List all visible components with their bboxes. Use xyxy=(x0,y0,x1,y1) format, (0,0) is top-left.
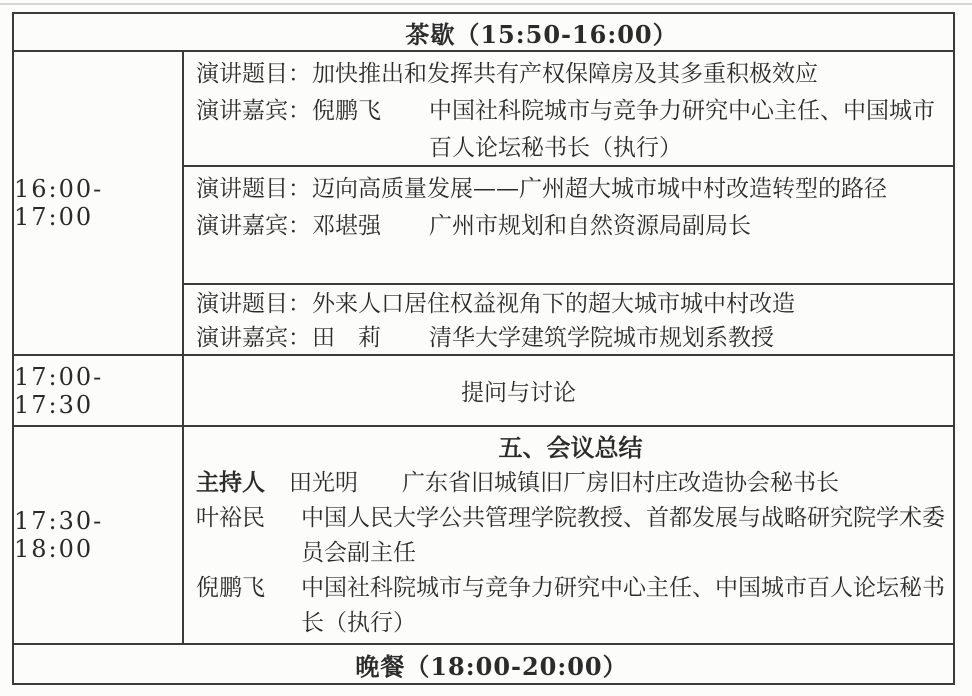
host-name: 田光明 xyxy=(289,470,358,496)
speech-title: 迈向高质量发展——广州超大城市城中村改造转型的路径 xyxy=(312,171,945,208)
speech-title-label: 演讲题目： xyxy=(196,171,312,208)
speech-speaker-label: 演讲嘉宾： xyxy=(196,93,312,167)
speech-speaker-line: 演讲嘉宾： 田 莉 清华大学建筑学院城市规划系教授 xyxy=(196,321,945,354)
tea-break-row: 茶歇（15:50-16:00） xyxy=(14,14,953,52)
schedule-table: 茶歇（15:50-16:00） 16:00-17:00 演讲题目： 加快推出和发… xyxy=(12,12,955,685)
session-row-3: 演讲题目： 外来人口居住权益视角下的超大城市城中村改造 演讲嘉宾： 田 莉 清华… xyxy=(184,285,953,354)
session-row-2: 演讲题目： 迈向高质量发展——广州超大城市城中村改造转型的路径 演讲嘉宾： 邓堪… xyxy=(184,167,953,285)
speaker-affiliation: 广州市规划和自然资源局副局长 xyxy=(429,208,945,245)
summary-speaker-2: 倪鹏飞 中国社科院城市与竞争力研究中心主任、中国城市百人论坛秘书长（执行） xyxy=(196,571,945,641)
speaker-affiliation: 中国社科院城市与竞争力研究中心主任、中国城市百人论坛秘书长（执行） xyxy=(301,571,945,641)
speech-title-label: 演讲题目： xyxy=(196,287,312,321)
time-label: 16:00-17:00 xyxy=(14,175,182,231)
speaker-affiliation: 中国社科院城市与竞争力研究中心主任、中国城市百人论坛秘书长（执行） xyxy=(429,93,945,167)
dinner-label: 晚餐（18:00-20:00） xyxy=(355,647,627,682)
speech-speaker-line: 演讲嘉宾： 倪鹏飞 中国社科院城市与竞争力研究中心主任、中国城市百人论坛秘书长（… xyxy=(196,93,945,167)
speaker-name: 叶裕民 xyxy=(196,501,301,571)
session-row-1: 演讲题目： 加快推出和发挥共有产权保障房及其多重积极效应 演讲嘉宾： 倪鹏飞 中… xyxy=(184,52,953,167)
speech-block-row: 16:00-17:00 演讲题目： 加快推出和发挥共有产权保障房及其多重积极效应… xyxy=(14,52,953,356)
time-label: 17:30-18:00 xyxy=(14,507,182,563)
time-cell-1730-1800: 17:30-18:00 xyxy=(14,427,184,643)
summary-row: 17:30-18:00 五、会议总结 主持人田光明广东省旧城镇旧厂房旧村庄改造协… xyxy=(14,427,953,645)
speaker-name: 邓堪强 xyxy=(312,208,429,245)
speaker-affiliation: 中国人民大学公共管理学院教授、首都发展与战略研究院学术委员会副主任 xyxy=(301,501,945,571)
speaker-name: 倪鹏飞 xyxy=(312,93,429,167)
discussion-label: 提问与讨论 xyxy=(461,374,576,407)
speaker-name: 倪鹏飞 xyxy=(196,571,301,641)
speech-title-line: 演讲题目： 外来人口居住权益视角下的超大城市城中村改造 xyxy=(196,287,945,321)
sessions-cell: 演讲题目： 加快推出和发挥共有产权保障房及其多重积极效应 演讲嘉宾： 倪鹏飞 中… xyxy=(184,52,953,354)
time-cell-1600-1700: 16:00-17:00 xyxy=(14,52,184,354)
speech-title-label: 演讲题目： xyxy=(196,56,312,93)
discussion-row: 17:00-17:30 提问与讨论 xyxy=(14,356,953,427)
tea-break-label: 茶歇（15:50-16:00） xyxy=(405,15,677,50)
speech-title: 外来人口居住权益视角下的超大城市城中村改造 xyxy=(312,287,945,321)
speaker-affiliation: 清华大学建筑学院城市规划系教授 xyxy=(429,321,945,354)
host-line: 主持人田光明广东省旧城镇旧厂房旧村庄改造协会秘书长 xyxy=(196,465,945,501)
speech-title-line: 演讲题目： 加快推出和发挥共有产权保障房及其多重积极效应 xyxy=(196,56,945,93)
dinner-row: 晚餐（18:00-20:00） xyxy=(14,645,953,683)
scanned-schedule-page: 茶歇（15:50-16:00） 16:00-17:00 演讲题目： 加快推出和发… xyxy=(0,0,972,696)
speech-speaker-label: 演讲嘉宾： xyxy=(196,208,312,245)
speech-speaker-label: 演讲嘉宾： xyxy=(196,321,312,354)
time-cell-1700-1730: 17:00-17:30 xyxy=(14,356,184,425)
summary-speaker-1: 叶裕民 中国人民大学公共管理学院教授、首都发展与战略研究院学术委员会副主任 xyxy=(196,501,945,571)
summary-cell: 五、会议总结 主持人田光明广东省旧城镇旧厂房旧村庄改造协会秘书长 叶裕民 中国人… xyxy=(184,427,953,643)
time-label: 17:00-17:30 xyxy=(14,363,182,419)
speech-speaker-line: 演讲嘉宾： 邓堪强 广州市规划和自然资源局副局长 xyxy=(196,208,945,245)
speech-title: 加快推出和发挥共有产权保障房及其多重积极效应 xyxy=(312,56,945,93)
speech-title-line: 演讲题目： 迈向高质量发展——广州超大城市城中村改造转型的路径 xyxy=(196,171,945,208)
summary-heading: 五、会议总结 xyxy=(196,430,945,465)
host-label: 主持人 xyxy=(196,469,265,496)
speaker-name: 田 莉 xyxy=(312,321,429,354)
scan-artifact-line xyxy=(0,3,972,5)
host-affiliation: 广东省旧城镇旧厂房旧村庄改造协会秘书长 xyxy=(402,470,839,496)
discussion-cell: 提问与讨论 xyxy=(184,356,953,425)
